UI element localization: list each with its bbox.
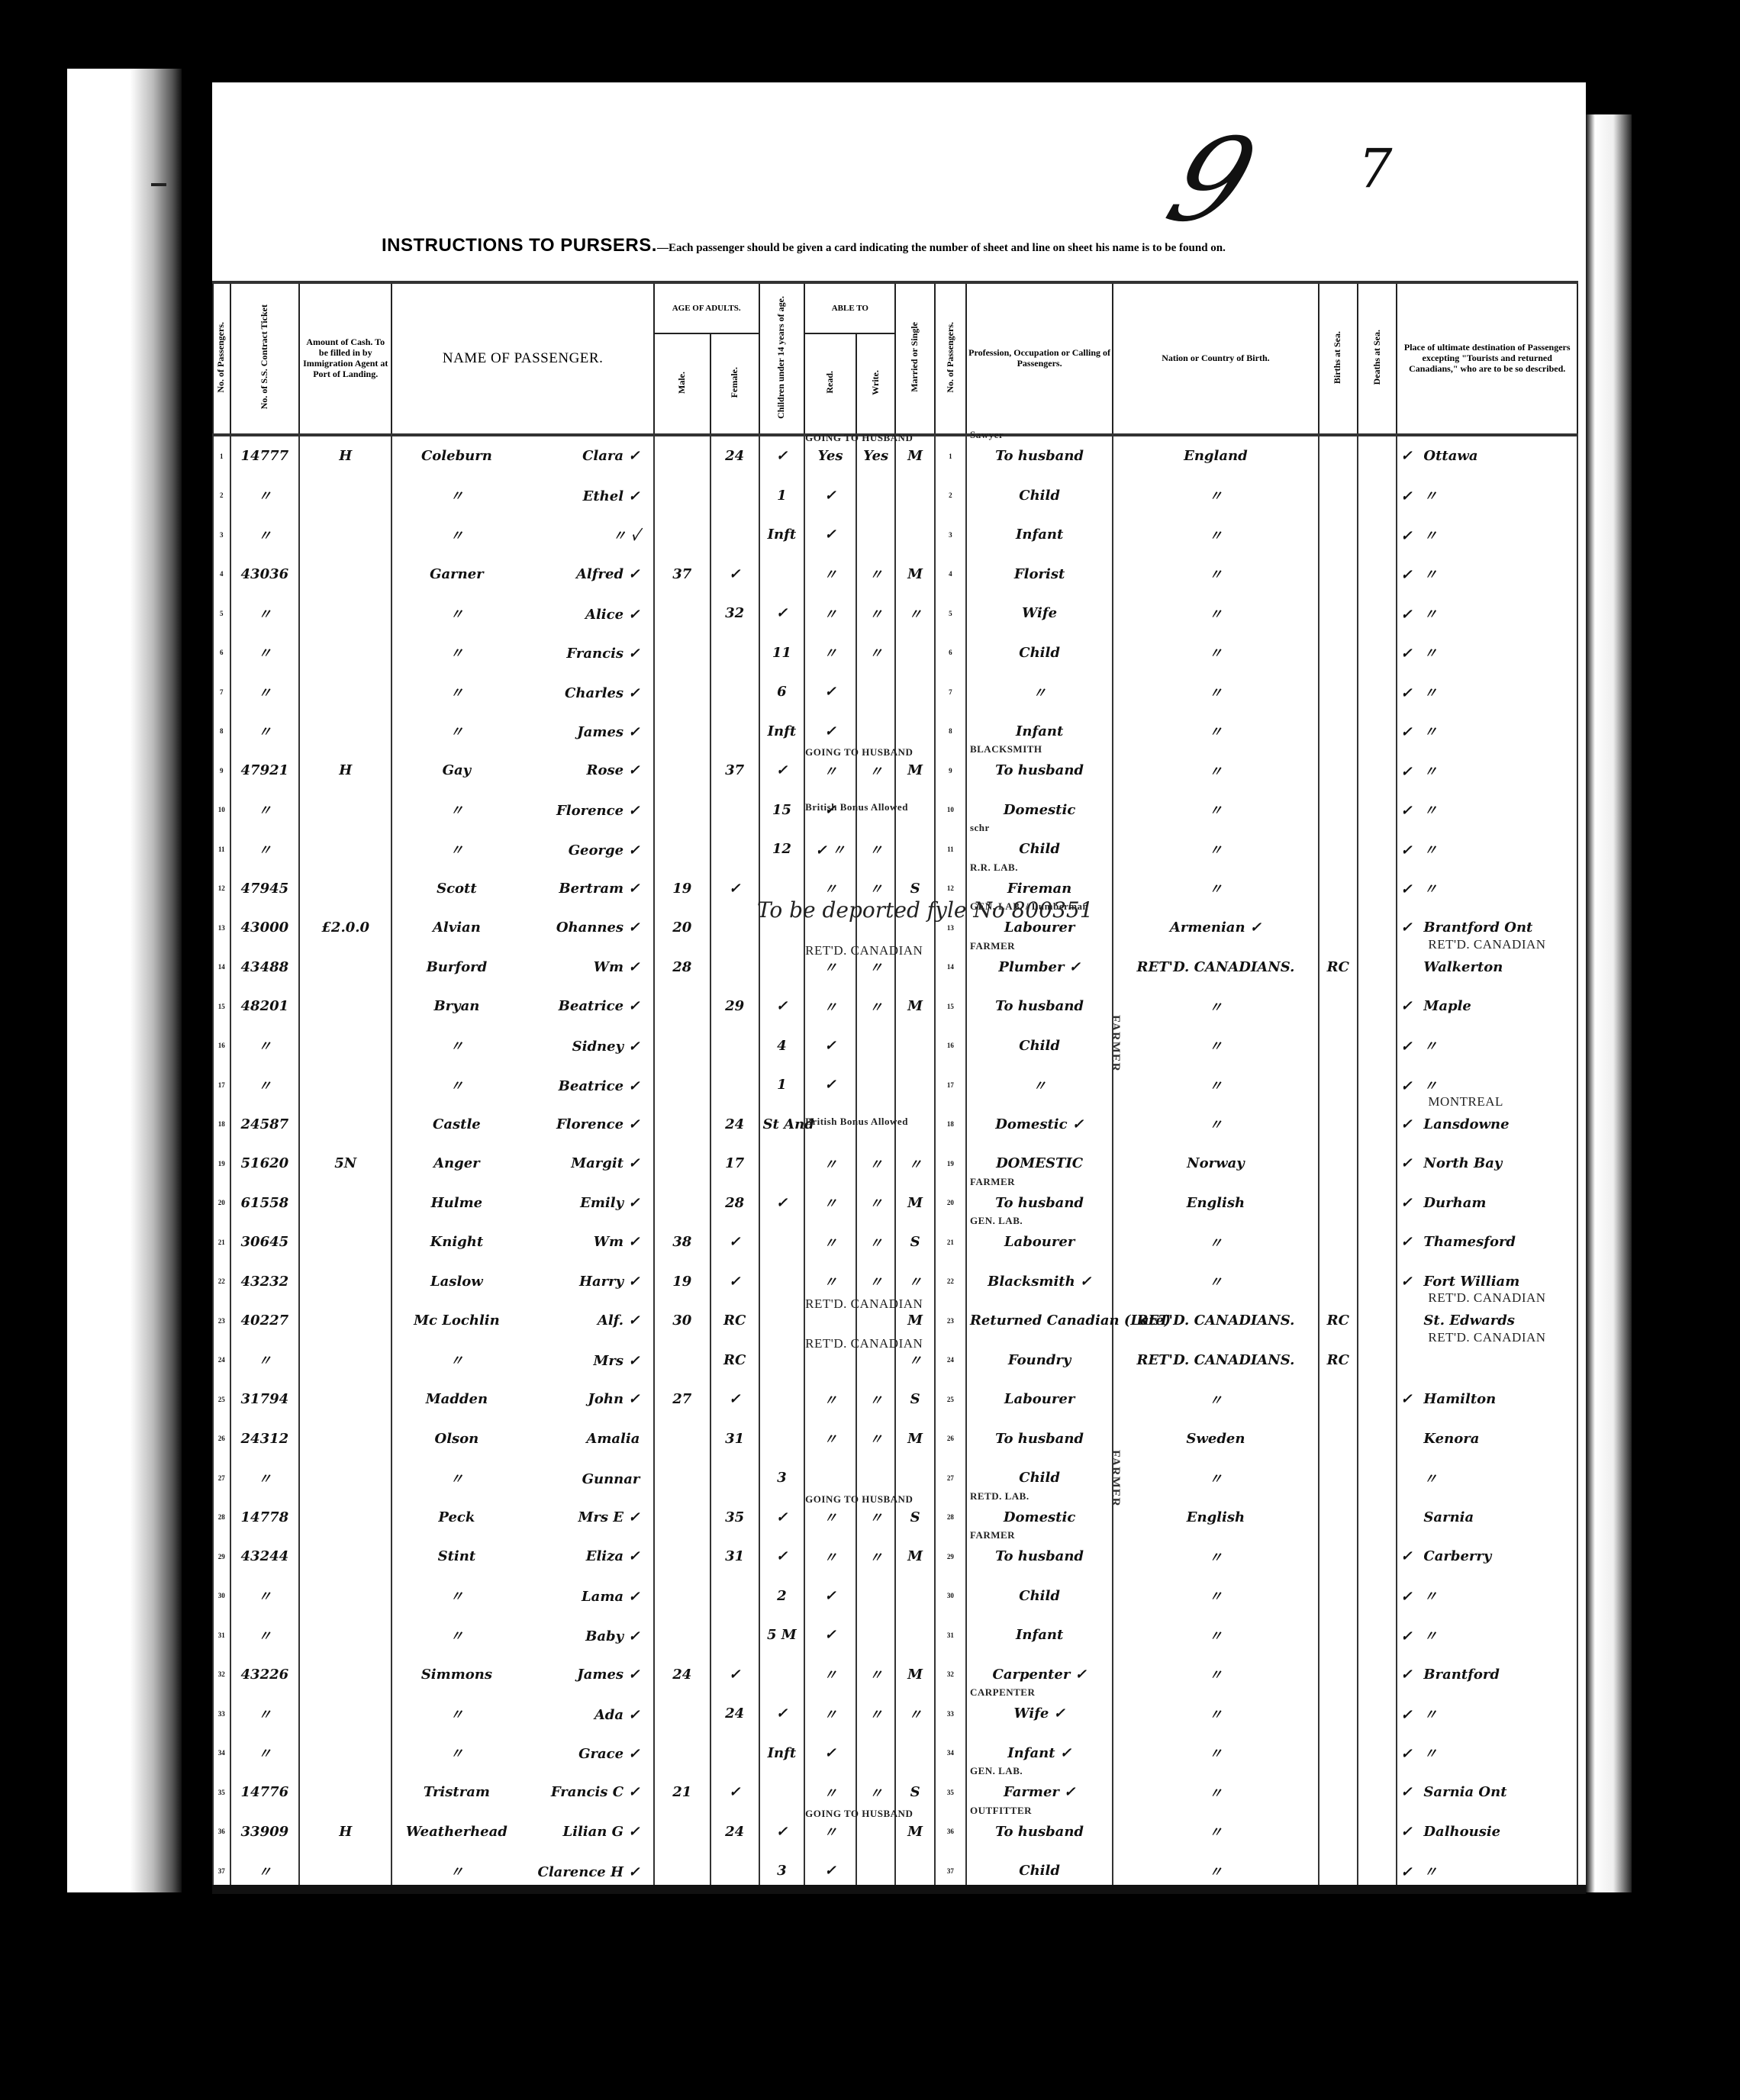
ticket-number: 〃	[230, 829, 299, 869]
births-at-sea	[1319, 1419, 1358, 1459]
births-at-sea	[1319, 1498, 1358, 1538]
given-name: 〃 ✓	[517, 525, 640, 545]
age-male	[654, 1144, 710, 1184]
destination: ✓〃	[1397, 1734, 1577, 1773]
births-at-sea	[1319, 1026, 1358, 1066]
cash-amount	[299, 948, 391, 987]
destination-place: 〃	[1423, 803, 1437, 819]
nation-of-birth: Norway	[1113, 1144, 1318, 1184]
ticket-number: 43036	[230, 555, 299, 594]
occupation: Domestic ✓	[966, 1105, 1113, 1145]
passenger-name: HulmeEmily ✓	[391, 1184, 653, 1223]
surname: 〃	[395, 1625, 517, 1645]
destination-place: 〃	[1423, 685, 1437, 701]
can-read: ✓	[804, 1577, 856, 1616]
destination-check: ✓	[1400, 685, 1423, 701]
line-number: 16	[213, 1026, 230, 1066]
table-row: 2〃〃Ethel ✓1✓2Child〃✓〃	[213, 476, 1577, 516]
age-female: 29	[710, 987, 759, 1026]
age-female: 28	[710, 1184, 759, 1223]
destination: WalkertonRET'D. CANADIAN	[1397, 948, 1577, 987]
page-edge-right	[1586, 114, 1632, 1892]
given-name: Rose ✓	[517, 762, 640, 778]
births-at-sea	[1319, 515, 1358, 555]
ticket-number: 40227	[230, 1301, 299, 1341]
occupation: To husband	[966, 987, 1113, 1026]
line-number: 14	[213, 948, 230, 987]
passenger-name: 〃Grace ✓	[391, 1734, 653, 1773]
occupation-annotation: FARMER	[970, 1529, 1015, 1541]
children-age: ✓	[759, 435, 805, 476]
destination: ✓Hamilton	[1397, 1380, 1577, 1419]
deaths-at-sea	[1358, 908, 1397, 948]
age-female: RC	[710, 1301, 759, 1341]
occupation-annotation: Sawyer	[970, 429, 1004, 441]
children-age	[759, 1144, 805, 1184]
line-number: 18	[213, 1105, 230, 1145]
nation-of-birth: 〃	[1113, 791, 1318, 830]
destination: ✓Dalhousie	[1397, 1812, 1577, 1852]
surname: 〃	[395, 721, 517, 741]
nation-of-birth: RET'D. CANADIANS.	[1113, 1301, 1318, 1341]
nation-of-birth: 〃	[1113, 712, 1318, 752]
deaths-at-sea	[1358, 1341, 1397, 1380]
passenger-name: 〃Gunnar	[391, 1458, 653, 1498]
occupation: Florist	[966, 555, 1113, 594]
births-at-sea	[1319, 1458, 1358, 1498]
can-write	[856, 1065, 895, 1105]
can-read: 〃	[804, 1419, 856, 1459]
age-female	[710, 672, 759, 712]
passenger-count: 14	[935, 948, 966, 987]
ticket-number: 51620	[230, 1144, 299, 1184]
occupation: 〃	[966, 1065, 1113, 1105]
given-name: Bertram ✓	[517, 881, 640, 897]
deaths-at-sea	[1358, 476, 1397, 516]
ticket-number: 43488	[230, 948, 299, 987]
births-at-sea	[1319, 1105, 1358, 1145]
age-male	[654, 515, 710, 555]
age-male	[654, 1498, 710, 1538]
given-name: Alfred ✓	[517, 566, 640, 582]
passenger-count: 9	[935, 751, 966, 791]
can-write	[856, 1105, 895, 1145]
deaths-at-sea	[1358, 435, 1397, 476]
marital-status: M	[895, 1184, 934, 1223]
table-row: 3243226SimmonsJames ✓24✓〃〃M32Carpenter ✓…	[213, 1655, 1577, 1695]
cash-amount	[299, 1458, 391, 1498]
ticket-number: 43226	[230, 1655, 299, 1695]
deaths-at-sea	[1358, 1694, 1397, 1734]
cash-amount: H	[299, 1812, 391, 1852]
ticket-number: 48201	[230, 987, 299, 1026]
ticket-number: 47945	[230, 869, 299, 909]
children-age: Inft	[759, 1734, 805, 1773]
surname: 〃	[395, 1704, 517, 1724]
marital-status: M	[895, 751, 934, 791]
given-name: Gunnar	[517, 1471, 640, 1487]
destination-place: Lansdowne	[1423, 1116, 1509, 1132]
destination-check: ✓	[1400, 448, 1423, 464]
occupation-annotation: R.R. LAB.	[970, 862, 1018, 874]
deaths-at-sea	[1358, 1498, 1397, 1538]
destination-check: ✓	[1400, 881, 1423, 897]
header-read: Read.	[804, 333, 856, 435]
cash-amount	[299, 1262, 391, 1302]
age-female: 24	[710, 1694, 759, 1734]
passenger-name: AlvianOhannes ✓	[391, 908, 653, 948]
marital-status	[895, 1577, 934, 1616]
given-name: Harry ✓	[517, 1274, 640, 1290]
can-write	[856, 1812, 895, 1852]
age-male	[654, 1065, 710, 1105]
cash-amount	[299, 987, 391, 1026]
surname: Knight	[395, 1234, 517, 1250]
children-age	[759, 1262, 805, 1302]
age-female: ✓	[710, 555, 759, 594]
given-name: Alf. ✓	[517, 1312, 640, 1329]
age-female	[710, 633, 759, 673]
line-number: 19	[213, 1144, 230, 1184]
destination: ✓〃	[1397, 672, 1577, 712]
cash-amount	[299, 1537, 391, 1577]
table-row: 31〃〃Baby ✓5 M✓31Infant〃✓〃	[213, 1615, 1577, 1655]
surname: Mc Lochlin	[395, 1312, 517, 1329]
given-name: Ada ✓	[517, 1707, 640, 1723]
marital-status	[895, 633, 934, 673]
table-row: 1548201BryanBeatrice ✓29✓〃〃M15To husband…	[213, 987, 1577, 1026]
age-female: 24	[710, 435, 759, 476]
passenger-count: 3	[935, 515, 966, 555]
destination-place: Dalhousie	[1423, 1824, 1500, 1840]
destination-place: 〃	[1423, 1471, 1437, 1487]
can-read: 〃RET'D. CANADIAN	[804, 948, 856, 987]
surname: 〃	[395, 1861, 517, 1881]
can-read: 〃	[804, 633, 856, 673]
births-at-sea	[1319, 1537, 1358, 1577]
destination-check: ✓	[1400, 1116, 1423, 1132]
destination-check: ✓	[1400, 528, 1423, 544]
children-age	[759, 1341, 805, 1380]
passenger-count: 28	[935, 1498, 966, 1538]
given-name: Eliza ✓	[517, 1548, 640, 1564]
occupation: Child	[966, 1577, 1113, 1616]
passenger-count: 5	[935, 594, 966, 633]
destination: ✓〃	[1397, 1615, 1577, 1655]
age-male	[654, 829, 710, 869]
can-write: 〃	[856, 1419, 895, 1459]
passenger-count: 34	[935, 1734, 966, 1773]
cash-amount	[299, 869, 391, 909]
given-name: Florence ✓	[517, 1116, 640, 1132]
surname: Laslow	[395, 1274, 517, 1290]
can-read: ✓	[804, 476, 856, 516]
children-age	[759, 555, 805, 594]
passenger-name: Mc LochlinAlf. ✓	[391, 1301, 653, 1341]
ticket-number: 〃	[230, 791, 299, 830]
destination: ✓Ottawa	[1397, 435, 1577, 476]
cash-amount	[299, 555, 391, 594]
age-male	[654, 1577, 710, 1616]
destination-place: Durham	[1423, 1195, 1486, 1211]
destination: ✓〃	[1397, 633, 1577, 673]
table-row: 33〃〃Ada ✓24✓〃〃〃33Wife ✓CARPENTER〃✓〃	[213, 1694, 1577, 1734]
given-name: John ✓	[517, 1391, 640, 1407]
line-number: 2	[213, 476, 230, 516]
children-age: 1	[759, 476, 805, 516]
age-male	[654, 594, 710, 633]
can-read: 〃	[804, 1222, 856, 1262]
given-name: Lilian G ✓	[517, 1824, 640, 1840]
nation-of-birth: 〃	[1113, 1105, 1318, 1145]
children-age: ✓	[759, 751, 805, 791]
deaths-at-sea	[1358, 1615, 1397, 1655]
cash-amount: 5N	[299, 1144, 391, 1184]
destination-place: 〃	[1423, 764, 1437, 780]
cash-amount	[299, 1577, 391, 1616]
age-male	[654, 672, 710, 712]
destination-check: ✓	[1400, 607, 1423, 623]
occupation-annotation: FARMER	[970, 940, 1015, 952]
surname: Coleburn	[395, 448, 517, 464]
occupation-annotation: CARPENTER	[970, 1686, 1035, 1699]
deaths-at-sea	[1358, 1773, 1397, 1812]
deaths-at-sea	[1358, 1222, 1397, 1262]
can-write	[856, 672, 895, 712]
can-write	[856, 1458, 895, 1498]
marital-status: M	[895, 1301, 934, 1341]
can-write: 〃	[856, 1380, 895, 1419]
destination-check: ✓	[1400, 567, 1423, 583]
age-female: 31	[710, 1419, 759, 1459]
passenger-count: 25	[935, 1380, 966, 1419]
children-age: ✓	[759, 1184, 805, 1223]
surname: Castle	[395, 1116, 517, 1132]
occupation: Blacksmith ✓	[966, 1262, 1113, 1302]
header-no-passengers: No. of Passengers.	[935, 282, 966, 435]
children-age: 12	[759, 829, 805, 869]
line-number: 7	[213, 672, 230, 712]
can-read: 〃	[804, 1380, 856, 1419]
ticket-number: 14777	[230, 435, 299, 476]
cash-amount	[299, 1105, 391, 1145]
surname: 〃	[395, 839, 517, 859]
destination: ✓Carberry	[1397, 1537, 1577, 1577]
occupation: Returned Canadian (Late)	[966, 1301, 1113, 1341]
occupation: To husbandOUTFITTER	[966, 1812, 1113, 1852]
line-number: 23	[213, 1301, 230, 1341]
destination: ✓Brantford	[1397, 1655, 1577, 1695]
ticket-number: 14776	[230, 1773, 299, 1812]
passenger-name: WeatherheadLilian G ✓	[391, 1812, 653, 1852]
age-male	[654, 1341, 710, 1380]
children-age	[759, 948, 805, 987]
can-read: ✓	[804, 515, 856, 555]
age-female	[710, 1615, 759, 1655]
marital-status: M	[895, 435, 934, 476]
line-number: 3	[213, 515, 230, 555]
header-married-single: Married or Single	[895, 282, 934, 435]
passenger-name: OlsonAmalia	[391, 1419, 653, 1459]
given-name: Grace ✓	[517, 1746, 640, 1762]
nation-of-birth: English	[1113, 1498, 1318, 1538]
children-age: 11	[759, 633, 805, 673]
can-read: 〃	[804, 1694, 856, 1734]
children-age	[759, 1773, 805, 1812]
age-male: 19	[654, 869, 710, 909]
passenger-name: GarnerAlfred ✓	[391, 555, 653, 594]
passenger-count: 22	[935, 1262, 966, 1302]
given-name: Sidney ✓	[517, 1039, 640, 1055]
marital-status	[895, 948, 934, 987]
given-name: Amalia	[517, 1431, 640, 1447]
marital-status	[895, 829, 934, 869]
line-number: 26	[213, 1419, 230, 1459]
table-row: 24〃〃Mrs ✓RCRET'D. CANADIAN〃24FoundryRET'…	[213, 1341, 1577, 1380]
surname: 〃	[395, 604, 517, 623]
births-at-sea	[1319, 1734, 1358, 1773]
occupation: To husbandBLACKSMITH	[966, 751, 1113, 791]
deaths-at-sea	[1358, 1655, 1397, 1695]
table-row: 10〃〃Florence ✓15✓British Bonus Allowed10…	[213, 791, 1577, 830]
nation-of-birth: 〃	[1113, 672, 1318, 712]
passenger-name: 〃Baby ✓	[391, 1615, 653, 1655]
passenger-name: BurfordWm ✓	[391, 948, 653, 987]
age-female: ✓	[710, 1262, 759, 1302]
destination-check: ✓	[1400, 842, 1423, 858]
children-age	[759, 908, 805, 948]
cash-amount	[299, 829, 391, 869]
line-number: 33	[213, 1694, 230, 1734]
children-age	[759, 1380, 805, 1419]
marital-status: S	[895, 1222, 934, 1262]
births-at-sea	[1319, 1655, 1358, 1695]
cash-amount: H	[299, 435, 391, 476]
ticket-number: 〃	[230, 1341, 299, 1380]
passenger-count: 32	[935, 1655, 966, 1695]
passenger-name: 〃Sidney ✓	[391, 1026, 653, 1066]
cash-amount	[299, 1655, 391, 1695]
can-read	[804, 1458, 856, 1498]
passenger-name: KnightWm ✓	[391, 1222, 653, 1262]
age-male: 37	[654, 555, 710, 594]
age-female: ✓	[710, 1773, 759, 1812]
children-age: Inft	[759, 515, 805, 555]
destination-place: Sarnia	[1423, 1509, 1474, 1525]
can-write: 〃	[856, 948, 895, 987]
deaths-at-sea	[1358, 1577, 1397, 1616]
header-deaths: Deaths at Sea.	[1358, 282, 1397, 435]
ticket-number: 〃	[230, 1577, 299, 1616]
destination: Sarnia	[1397, 1498, 1577, 1538]
age-male: 38	[654, 1222, 710, 1262]
occupation: 〃	[966, 672, 1113, 712]
occupation: Child	[966, 1026, 1113, 1066]
can-read: ✓British Bonus Allowed	[804, 791, 856, 830]
marital-status	[895, 1615, 934, 1655]
instructions-text: —Each passenger should be given a card i…	[657, 242, 1226, 254]
destination: ✓〃	[1397, 1577, 1577, 1616]
ticket-number: 31794	[230, 1380, 299, 1419]
surname: Bryan	[395, 998, 517, 1014]
passenger-count: 33	[935, 1694, 966, 1734]
births-at-sea	[1319, 791, 1358, 830]
occupation: Child	[966, 633, 1113, 673]
can-write: 〃	[856, 555, 895, 594]
destination: 〃	[1397, 1458, 1577, 1498]
table-row: 3〃〃〃 ✓Inft✓3Infant〃✓〃	[213, 515, 1577, 555]
destination-place: 〃	[1423, 881, 1437, 897]
surname: Tristram	[395, 1784, 517, 1800]
destination-check: ✓	[1400, 998, 1423, 1014]
can-write: 〃	[856, 633, 895, 673]
can-write: 〃	[856, 1144, 895, 1184]
nation-of-birth: Armenian ✓	[1113, 908, 1318, 948]
births-at-sea	[1319, 1380, 1358, 1419]
surname: Garner	[395, 566, 517, 582]
age-male	[654, 1615, 710, 1655]
ticket-number: 〃	[230, 1694, 299, 1734]
header-occupation: Profession, Occupation or Calling of Pas…	[966, 282, 1113, 435]
births-at-sea	[1319, 1144, 1358, 1184]
can-read: YesGOING TO HUSBAND	[804, 435, 856, 476]
passenger-count: 35	[935, 1773, 966, 1812]
header-ticket: No. of S.S. Contract Ticket	[230, 282, 299, 435]
nation-of-birth: 〃	[1113, 1380, 1318, 1419]
destination-check: ✓	[1400, 1667, 1423, 1683]
destination-check: ✓	[1400, 1628, 1423, 1644]
age-female	[710, 476, 759, 516]
destination: ✓〃	[1397, 829, 1577, 869]
given-name: Lama ✓	[517, 1589, 640, 1605]
ticket-number: 〃	[230, 1615, 299, 1655]
header-children: Children under 14 years of age.	[759, 282, 805, 435]
destination-check: ✓	[1400, 1589, 1423, 1605]
births-at-sea	[1319, 1222, 1358, 1262]
passenger-name: PeckMrs E ✓	[391, 1498, 653, 1538]
age-male: 20	[654, 908, 710, 948]
passenger-count: 11	[935, 829, 966, 869]
age-female: 35	[710, 1498, 759, 1538]
destination-stamp: RET'D. CANADIAN	[1428, 937, 1545, 952]
passenger-name: ScottBertram ✓	[391, 869, 653, 909]
births-at-sea: RC	[1319, 1341, 1358, 1380]
destination-stamp: RET'D. CANADIAN	[1428, 1290, 1545, 1306]
ticket-number: 〃	[230, 594, 299, 633]
destination-check: ✓	[1400, 646, 1423, 662]
can-write: 〃	[856, 1655, 895, 1695]
children-age: ✓	[759, 987, 805, 1026]
cash-amount	[299, 1419, 391, 1459]
instructions-to-pursers: INSTRUCTIONS TO PURSERS.—Each passenger …	[382, 235, 1226, 256]
occupation: Child	[966, 476, 1113, 516]
can-read: ✓	[804, 1026, 856, 1066]
passenger-name: AngerMargit ✓	[391, 1144, 653, 1184]
passenger-name: GayRose ✓	[391, 751, 653, 791]
passenger-name: 〃〃 ✓	[391, 515, 653, 555]
deaths-at-sea	[1358, 1301, 1397, 1341]
nation-of-birth: 〃	[1113, 1615, 1318, 1655]
destination: ✓Durham	[1397, 1184, 1577, 1223]
line-number: 30	[213, 1577, 230, 1616]
passenger-count: 20	[935, 1184, 966, 1223]
nation-of-birth: 〃	[1113, 1065, 1318, 1105]
table-row: 2624312OlsonAmalia31〃〃M26To husbandSwede…	[213, 1419, 1577, 1459]
age-male	[654, 751, 710, 791]
can-write: 〃	[856, 1184, 895, 1223]
passenger-name: 〃Ethel ✓	[391, 476, 653, 516]
destination-check: ✓	[1400, 488, 1423, 504]
